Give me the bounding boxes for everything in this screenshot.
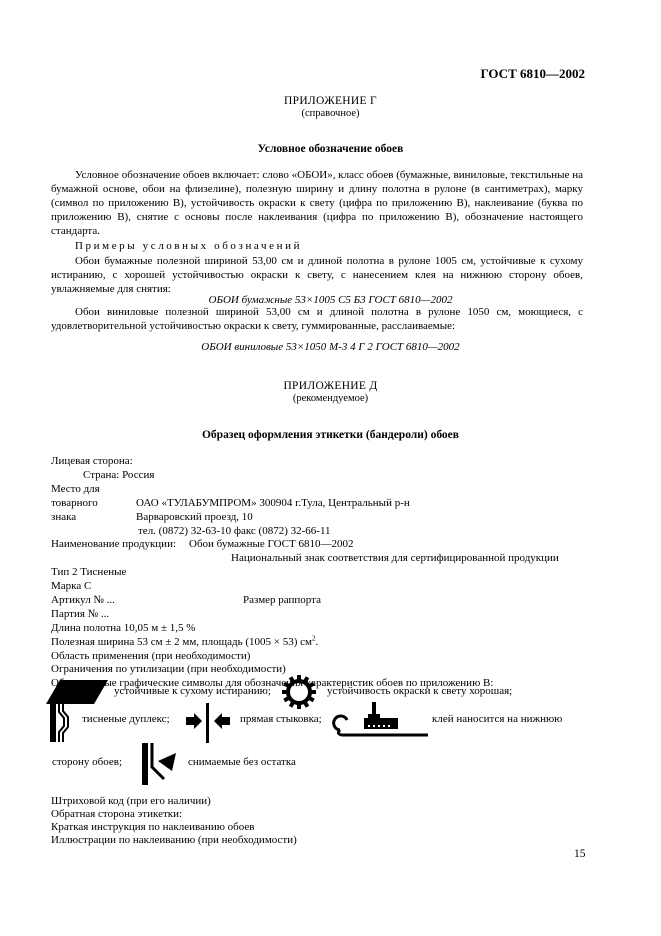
type-line: Тип 2 Тисненые [51, 566, 126, 579]
country-line: Страна: Россия [83, 469, 154, 482]
manufacturer-line-1: ОАО «ТУЛАБУМПРОМ» 300904 г.Тула, Централ… [136, 497, 410, 510]
instruction-line: Краткая инструкция по наклеиванию обоев [51, 821, 254, 834]
article-line: Артикул № ... [51, 594, 115, 607]
symbol-label-embossed-duplex: тисненые дуплекс; [82, 713, 170, 726]
symbol-label-dry-abrasion: устойчивые к сухому истиранию; [114, 685, 271, 698]
trademark-label-1: Место для [51, 483, 100, 496]
embossed-duplex-icon [50, 702, 74, 742]
appendix-g-status: (справочное) [0, 107, 661, 120]
symbol-label-strippable: снимаемые без остатка [188, 756, 296, 769]
appendix-d-status: (рекомендуемое) [0, 392, 661, 405]
designation-paragraph: Условное обозначение обоев включает: сло… [51, 168, 583, 238]
manufacturer-line-2: Варваровский проезд, 10 [136, 511, 253, 524]
trademark-label-2: товарного [51, 497, 98, 510]
examples-heading: Примеры условных обозначений [75, 240, 302, 253]
front-side-label: Лицевая сторона: [51, 455, 133, 468]
strippable-icon [142, 743, 182, 785]
manufacturer-line-3: тел. (0872) 32-63-10 факс (0872) 32-66-1… [138, 525, 331, 538]
batch-line: Партия № ... [51, 608, 109, 621]
lightfastness-good-icon [282, 675, 316, 709]
appendix-d-heading: Образец оформления этикетки (бандероли) … [0, 429, 661, 442]
length-line: Длина полотна 10,05 м ± 1,5 % [51, 622, 195, 635]
example-1-text: Обои бумажные полезной шириной 53,00 см … [51, 254, 583, 296]
page-number: 15 [574, 848, 586, 861]
repeat-size-line: Размер раппорта [243, 594, 321, 607]
width-area-line: Полезная ширина 53 см ± 2 мм, площадь (1… [51, 636, 318, 649]
appendix-g-heading: Условное обозначение обоев [0, 143, 661, 156]
document-code: ГОСТ 6810—2002 [480, 67, 585, 80]
illustrations-line: Иллюстрации по наклеиванию (при необходи… [51, 834, 297, 847]
symbol-label-paste-cont: сторону обоев; [52, 756, 122, 769]
trademark-label-3: знака [51, 511, 76, 524]
product-name-label: Наименование продукции: [51, 538, 176, 551]
example-2-text: Обои виниловые полезной шириной 53,00 см… [51, 305, 583, 333]
butt-joint-icon [186, 703, 230, 743]
symbol-label-butt-joint: прямая стыковка; [240, 713, 322, 726]
symbol-label-paste: клей наносится на нижнюю [432, 713, 562, 726]
example-2-code: ОБОИ виниловые 53×1050 М-3 4 Г 2 ГОСТ 68… [0, 341, 661, 354]
conformity-mark: Национальный знак соответствия для серти… [231, 552, 559, 565]
product-name-value: Обои бумажные ГОСТ 6810—2002 [189, 538, 353, 551]
barcode-line: Штриховой код (при его наличии) [51, 795, 211, 808]
back-side-label: Обратная сторона этикетки: [51, 808, 182, 821]
dry-abrasion-icon [46, 680, 108, 704]
symbol-label-lightfastness: устойчивость окраски к свету хорошая; [327, 685, 512, 698]
disposal-line: Ограничения по утилизации (при необходим… [51, 663, 286, 676]
paste-the-wallcovering-icon [332, 700, 428, 738]
application-area-line: Область применения (при необходимости) [51, 650, 250, 663]
grade-line: Марка С [51, 580, 91, 593]
